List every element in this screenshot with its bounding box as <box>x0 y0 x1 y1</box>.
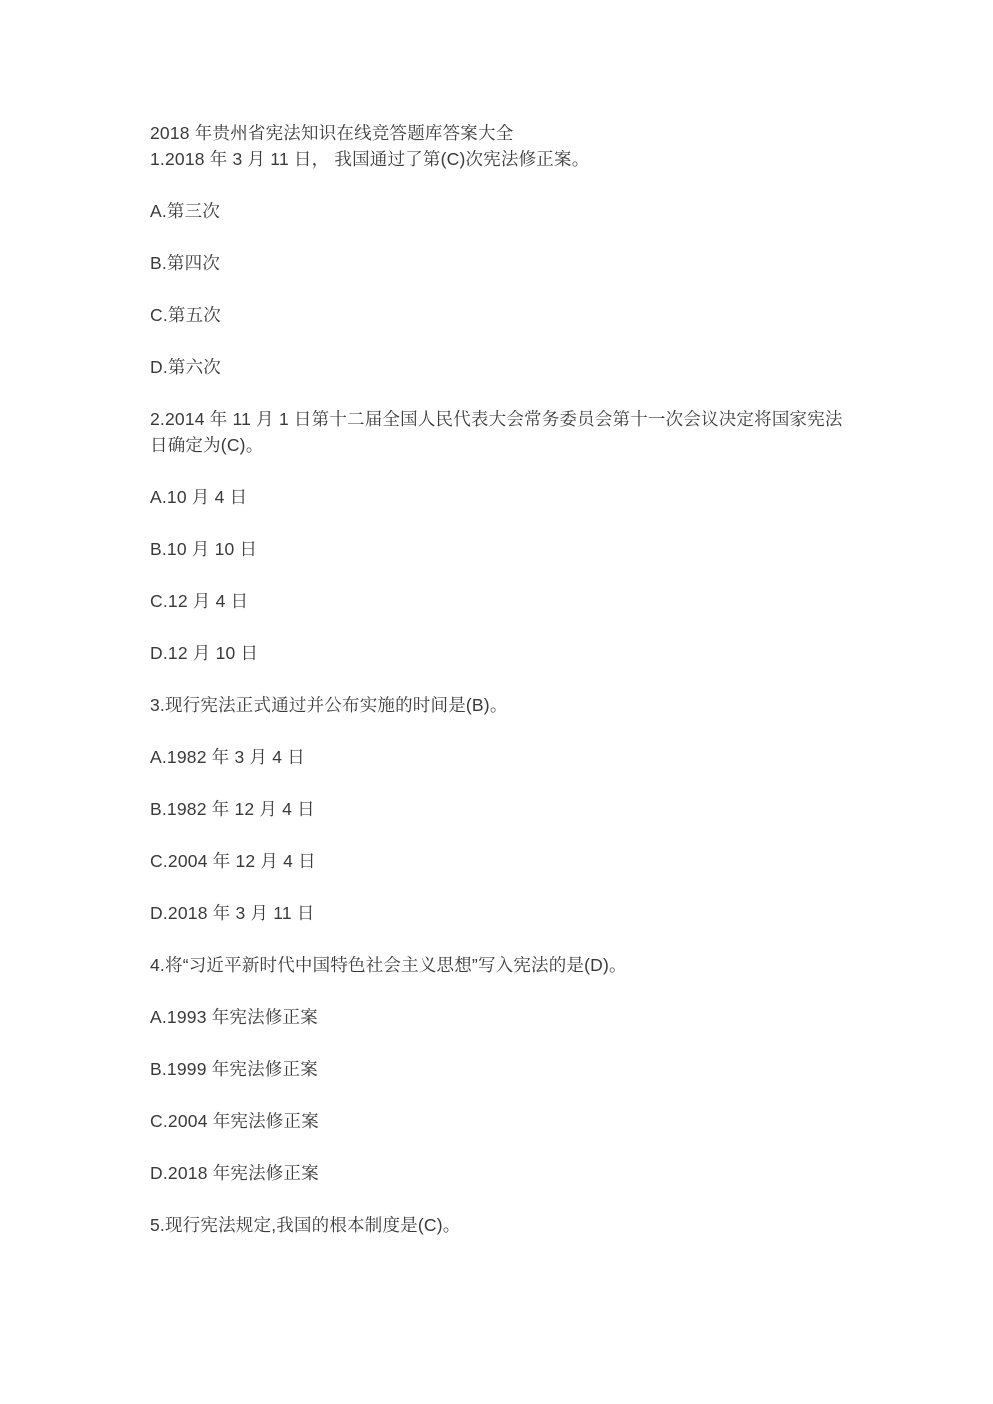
question-4-text: 4.将“习近平新时代中国特色社会主义思想”写入宪法的是(D)。 <box>150 952 850 978</box>
document-page: 2018 年贵州省宪法知识在线竞答题库答案大全 1.2018 年 3 月 11 … <box>0 0 993 1404</box>
question-3-option-c: C.2004 年 12 月 4 日 <box>150 848 850 874</box>
question-1-option-d: D.第六次 <box>150 354 850 380</box>
question-2-text-line-1: 2.2014 年 11 月 1 日第十二届全国人民代表大会常务委员会第十一次会议… <box>150 406 850 432</box>
question-1-option-b: B.第四次 <box>150 250 850 276</box>
question-4-option-a: A.1993 年宪法修正案 <box>150 1004 850 1030</box>
question-2-option-a: A.10 月 4 日 <box>150 484 850 510</box>
document-title: 2018 年贵州省宪法知识在线竞答题库答案大全 <box>150 120 850 146</box>
question-3-text: 3.现行宪法正式通过并公布实施的时间是(B)。 <box>150 692 850 718</box>
question-3-option-d: D.2018 年 3 月 11 日 <box>150 900 850 926</box>
question-4-option-c: C.2004 年宪法修正案 <box>150 1108 850 1134</box>
question-3-option-b: B.1982 年 12 月 4 日 <box>150 796 850 822</box>
question-2-option-c: C.12 月 4 日 <box>150 588 850 614</box>
document-content: 2018 年贵州省宪法知识在线竞答题库答案大全 1.2018 年 3 月 11 … <box>150 120 850 1238</box>
question-2-option-d: D.12 月 10 日 <box>150 640 850 666</box>
question-2-text-line-2: 日确定为(C)。 <box>150 432 850 458</box>
question-1-text: 1.2018 年 3 月 11 日， 我国通过了第(C)次宪法修正案。 <box>150 146 850 172</box>
question-2-option-b: B.10 月 10 日 <box>150 536 850 562</box>
question-4-option-b: B.1999 年宪法修正案 <box>150 1056 850 1082</box>
question-3-option-a: A.1982 年 3 月 4 日 <box>150 744 850 770</box>
question-1-option-c: C.第五次 <box>150 302 850 328</box>
question-4-option-d: D.2018 年宪法修正案 <box>150 1160 850 1186</box>
question-1-option-a: A.第三次 <box>150 198 850 224</box>
question-5-text: 5.现行宪法规定,我国的根本制度是(C)。 <box>150 1212 850 1238</box>
